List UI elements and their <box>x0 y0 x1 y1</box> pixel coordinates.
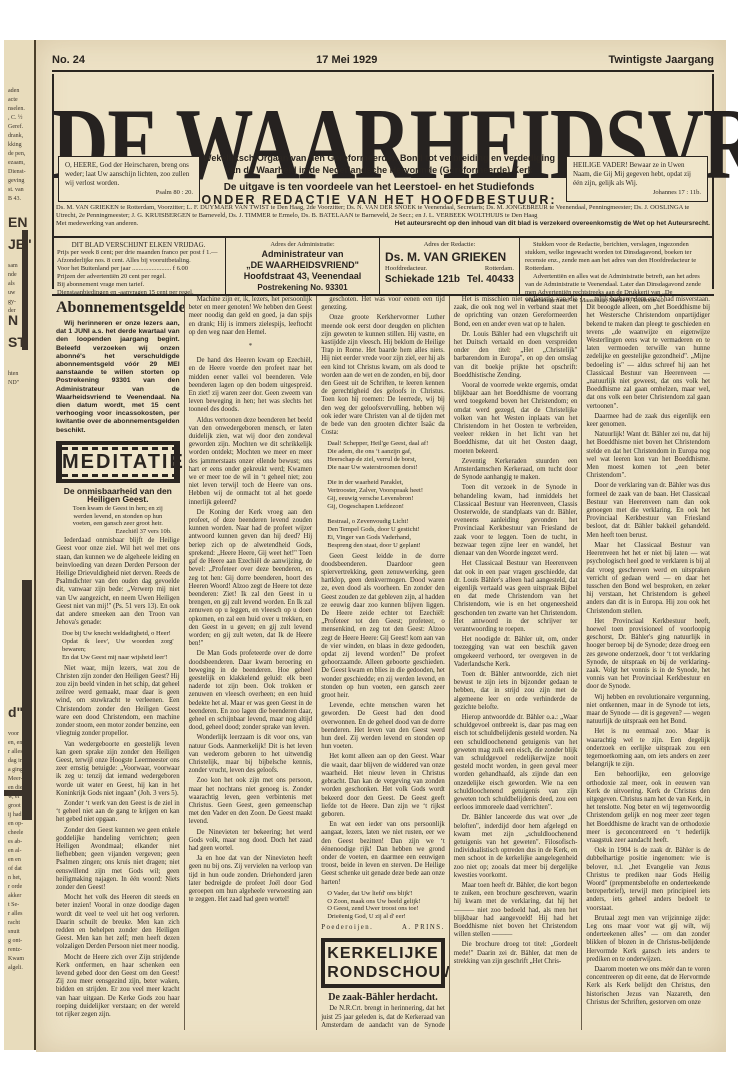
paragraph: Hierop antwoordde dr. Bähler o.a.: „Waar… <box>454 714 578 812</box>
previous-page-text: nde <box>8 272 17 279</box>
paragraph: De Koning der Kerk vroeg aan den profeet… <box>189 509 313 648</box>
paragraph: Wonderlijk leerzaam is dit voor ons, van… <box>189 734 313 775</box>
subscription-line: Afzonderlijke nos. 8 cent. Alles bij voo… <box>57 257 220 265</box>
poem: Doe bij Uw knecht weldadigheid, o Heer! … <box>62 630 174 661</box>
previous-page-text: g ont- <box>8 938 22 945</box>
poem-line: Daal! Schepper, Heil'ge Geest, daal af! <box>327 440 439 448</box>
column-2: Machine zijn er, ik, lezers, het persoon… <box>185 296 318 1030</box>
poem-line: Ei, Vinger van Gods Vaderhand, <box>327 534 439 542</box>
address-label: Adres der Administratie: <box>231 241 374 249</box>
paragraph: De hand des Heeren kwam op Ezechiël, en … <box>189 357 313 414</box>
kerkelijke-rondschouw-banner: KERKELIJKE RONDSCHOUW <box>321 938 445 988</box>
column-4: Het is misschien niet ondienstig van die… <box>450 296 583 1030</box>
previous-page-text: acte <box>8 97 18 104</box>
paragraph: Het is misschien niet ondienstig van die… <box>454 296 578 329</box>
article-columns: Abonnementsgelden. Wij herinneren er onz… <box>52 296 714 1030</box>
paragraph: De Ninevieten ter bekeering; het werd Go… <box>189 829 313 854</box>
paragraph: Wij hebben en revolutionaire vergunning,… <box>586 694 710 727</box>
poem-line: O Vader, dat Uw liefd' ons blijk'! <box>327 890 439 898</box>
editor-role: Hoofdredacteur. <box>385 265 427 273</box>
poem-line: Den Tempel Gods, door U gesticht! <box>327 526 439 534</box>
previous-page-text: en, en <box>8 740 22 747</box>
paragraph: Maar toen heeft dr. Bähler, die kort beg… <box>454 882 578 939</box>
paragraph: Vooral de voorrede wekte ergernis, omdat… <box>454 382 578 456</box>
paragraph: De Man Gods profeteerde over de dorre do… <box>189 650 313 732</box>
previous-page-text: geving <box>8 178 24 185</box>
previous-page-text: n het, <box>8 875 21 882</box>
banner-line: RONDSCHOUW <box>327 963 439 982</box>
paragraph: Het Provinciaal Kerkbestuur heeft, hoewe… <box>586 618 710 692</box>
poem-line: Bespreng den staat, door U geplant! <box>327 542 439 550</box>
poem-line: Bestraal, o Zevenvoudig Licht! <box>327 518 439 526</box>
address-label: Adres der Redactie: <box>385 241 514 249</box>
poem-line: Gij, Oogeschapen Liefdezon! <box>327 503 439 511</box>
previous-page-text: EN <box>8 219 27 226</box>
paragraph: Mocht de Heere zich over Zijn strijdende… <box>56 954 180 1020</box>
paragraph: Die brochure droeg tot titel: „Gordeelt … <box>454 941 578 966</box>
article-title: De onmisbaarheid van den Heiligen Geest. <box>56 487 180 503</box>
poem-line <box>327 511 439 519</box>
poem: Daal! Schepper, Heil'ge Geest, daal af!D… <box>327 440 439 549</box>
paragraph: Zonder den Geest kunnen we geen enkele g… <box>56 827 180 893</box>
paragraph: Toen dit verzoek in de Synode in behande… <box>454 484 578 558</box>
previous-page-text: drank, <box>8 133 23 140</box>
poem-line: Die adem, die ons ‘t aanzijn gaf, <box>327 448 439 456</box>
previous-page-text: uw <box>8 290 15 297</box>
paragraph: Een behoorlijke, een geloovige orthodoxi… <box>586 771 710 845</box>
previous-page-text: hten <box>8 371 18 378</box>
info-bar: DIT BLAD VERSCHIJNT ELKEN VRIJDAG. Prijs… <box>52 236 714 296</box>
editorial-board: Ds. M. VAN GRIEKEN te Rotterdam, Voorzit… <box>56 204 710 228</box>
poem-line: Doe bij Uw knecht weldadigheid, o Heer! <box>62 630 174 638</box>
meditatie-banner: MEDITATIE <box>56 441 180 483</box>
previous-page-text: racht <box>8 920 20 927</box>
paragraph: Geen Geest leidde in de dorre doodsbeend… <box>321 553 445 701</box>
poem-line: Opdat ik leev', Uw woorden zorg' bewaren… <box>62 638 174 654</box>
paragraph: Dr. Louis Bähler had een vlugschrift uit… <box>454 331 578 380</box>
previous-page-edge: adenactenselen., C. ½Geref.drank,kkingde… <box>4 40 36 1050</box>
paragraph: Niet waar, mijn lezers, wat zou de Chris… <box>56 665 180 739</box>
previous-page-text: es ab- <box>8 839 22 846</box>
epigraph: Toen kwam de Geest in hen; en zij werden… <box>64 505 172 535</box>
subscription-line: Prijzen der advertentiën 20 cent per reg… <box>57 273 220 281</box>
subtitle-block: Wekelijksch Orgaan van den Gereformeerde… <box>196 152 562 206</box>
issue-date: 17 Mei 1929 <box>316 54 377 66</box>
decorative-bar <box>22 230 28 350</box>
paragraph: Van wedergeboorte en geestelijk leven ka… <box>56 741 180 798</box>
previous-page-text: r alles <box>8 911 23 918</box>
previous-page-text: gy- <box>8 299 16 306</box>
editorial-address: Adres der Redactie: Ds. M. VAN GRIEKEN H… <box>380 238 520 294</box>
paragraph: Dr. Bähler lanceerde dus wat over „de be… <box>454 814 578 880</box>
previous-page-text: r alles <box>8 749 23 756</box>
paragraph: Zeventig Kerkeraden stuurden een Amsterd… <box>454 458 578 483</box>
quote-box-left: O, HEERE, God der Heirscharen, breng ons… <box>58 156 200 202</box>
subscription-heading: DIT BLAD VERSCHIJNT ELKEN VRIJDAG. <box>57 241 220 249</box>
previous-page-text: kking <box>8 142 22 149</box>
epigraph-source: Ezechiël 37 vers 10b. <box>64 528 172 536</box>
poem-line: Gij, eeuwig versche Levensbron! <box>327 495 439 503</box>
poem-line: O Zoon, maak ons Uw beeld gelijk! <box>327 898 439 906</box>
previous-page-text: voor <box>8 731 19 738</box>
newspaper-page: No. 24 17 Mei 1929 Twintigste Jaargang D… <box>36 40 726 1052</box>
administration-address: Adres der Administratie: Administrateur … <box>226 238 380 294</box>
subscription-line: Bij abonnement vrage men tarief. <box>57 281 220 289</box>
previous-page-text: cheele <box>8 830 23 837</box>
paragraph: Toen dr. Bähler antwoordde, zich niet be… <box>454 671 578 712</box>
paragraph: Machine zijn er, ik, lezers, het persoon… <box>189 296 313 337</box>
quote-source: Psalm 80 : 20. <box>65 188 193 197</box>
submission-notes: Stukken voor de Redactie, berichten, ver… <box>520 238 714 294</box>
previous-page-text: snuit <box>8 929 20 936</box>
volume: Twintigste Jaargang <box>608 54 714 66</box>
previous-page-text: Dienst- <box>8 169 26 176</box>
paragraph: Daarom moeten we ons méér dan te voren c… <box>586 966 710 1007</box>
previous-page-text: rentz- <box>8 947 22 954</box>
paragraph: Het is nu eenmaal zoo. Maar is waarachti… <box>586 728 710 769</box>
previous-page-text: dag in <box>8 758 23 765</box>
section-divider: * <box>189 343 313 351</box>
poem-line: Vertrooster, Zalver, Voorspraak heet! <box>327 487 439 495</box>
previous-page-text: ezaam, <box>8 160 25 167</box>
paragraph: Het Classicaal Bestuur van Heerenveen da… <box>454 560 578 634</box>
column-1: Abonnementsgelden. Wij herinneren er onz… <box>52 296 185 1030</box>
quote-text: O, HEERE, God der Heirscharen, breng ons… <box>65 161 193 188</box>
subscription-line: Voor het Buitenland per jaar ...........… <box>57 265 220 273</box>
board-members: Ds. M. VAN GRIEKEN te Rotterdam, Voorzit… <box>56 204 710 220</box>
previous-page-text: r orde <box>8 884 22 891</box>
previous-page-text: sam <box>8 263 18 270</box>
postal-account: Postrekening No. 93301 <box>231 282 374 293</box>
previous-page-text: akker <box>8 893 21 900</box>
previous-page-text: Geref. <box>8 124 23 131</box>
address-line: „DE WAARHEIDSVRIEND" <box>231 260 374 271</box>
previous-page-text: en al- <box>8 848 22 855</box>
paragraph: geschoten. Het was voor eenen een tijd g… <box>321 296 445 312</box>
column-3: geschoten. Het was voor eenen een tijd g… <box>317 296 450 1030</box>
quote-text: HEILIGE VADER! Bewaar ze in Uwen Naam, d… <box>573 161 701 188</box>
previous-page-text: ND" <box>8 380 19 387</box>
previous-page-text: Meer- <box>8 776 23 783</box>
paragraph: Door de verklaring van dr. Bähler was du… <box>586 482 710 539</box>
paragraph: Aldus vertoonen deze beenderen het beeld… <box>189 417 313 507</box>
header-line: No. 24 17 Mei 1929 Twintigste Jaargang <box>52 54 714 66</box>
note: Stukken voor de Redactie, berichten, ver… <box>525 241 709 273</box>
signature: Poederoijen. A. PRINS. <box>321 924 445 932</box>
poem-line <box>327 472 439 480</box>
paragraph: Daarmee had de zaak dus eigenlijk een ke… <box>586 413 710 429</box>
paragraph: Zonder ‘t werk van den Geest is de ziel … <box>56 800 180 825</box>
editor-city: Rotterdam. <box>485 265 514 273</box>
editor-name: Ds. M. VAN GRIEKEN <box>385 249 514 265</box>
paragraph: Het noodigde dr. Bähler uit, om, onder t… <box>454 636 578 669</box>
previous-page-text: algeli. <box>8 965 23 972</box>
previous-page-text: of dat <box>8 866 22 873</box>
poem-line: O Geest, zend Uwer troost ons toe! <box>327 905 439 913</box>
previous-page-text: B 43. <box>8 196 21 203</box>
editor-street: Schiekade 121b <box>385 273 460 287</box>
copyright-notice: Het auteursrecht op den inhoud van dit b… <box>395 220 710 228</box>
previous-page-text: groot <box>8 803 21 810</box>
previous-page-text: en en <box>8 857 21 864</box>
previous-page-text: t Se- <box>8 902 19 909</box>
previous-page-text: ij had <box>8 812 22 819</box>
paragraph: En wat een ieder van ons persoonlijk aan… <box>321 821 445 887</box>
paragraph: Levende, echte menschen waren het geword… <box>321 702 445 751</box>
quote-source: Johannes 17 : 11b. <box>573 188 701 197</box>
previous-page-text: en op- <box>8 821 23 828</box>
paragraph: telijk barbarendom enz." had misverstaan… <box>586 296 710 411</box>
article-text: Wij herinneren er onze lezers aan, dat 1… <box>56 320 180 435</box>
editor-phone: Tel. 40433 <box>467 273 514 287</box>
article-title: Abonnementsgelden. <box>56 298 180 318</box>
paragraph: Onze groote Kerkhervormer Luther meende … <box>321 314 445 437</box>
previous-page-text: d" <box>8 709 23 716</box>
previous-page-text: st. van <box>8 187 24 194</box>
decorative-bar <box>4 790 30 796</box>
poem-line: Die in der waarheid Paraklet, <box>327 479 439 487</box>
previous-page-text: N <box>8 317 18 324</box>
poem-line: Drieëenig God, U zij al d' eer! <box>327 913 439 921</box>
address-line: Administrateur van <box>231 249 374 260</box>
paragraph: Het komt alleen aan op den Geest. Waar d… <box>321 753 445 819</box>
subscription-line: Prijs per week 8 cent; per drie maanden … <box>57 249 220 257</box>
paragraph: Zoo kon het ook zijn met ons persoon, ma… <box>189 777 313 826</box>
previous-page-text: Kwam <box>8 956 24 963</box>
paragraph: Ja en hoe dat van der Ninevieten heeft g… <box>189 855 313 904</box>
subtitle-line: Wekelijksch Orgaan van den Gereformeerde… <box>196 152 562 164</box>
banner-line: KERKELIJKE <box>327 944 439 963</box>
board-cooperation: Met medewerking van anderen. <box>56 220 138 228</box>
paragraph: Ook in 1904 is de zaak dr. Bähler is de … <box>586 847 710 913</box>
paragraph: Maar het Classicaal Bestuur van Heerenve… <box>586 542 710 616</box>
quote-box-right: HEILIGE VADER! Bewaar ze in Uwen Naam, d… <box>566 156 708 202</box>
previous-page-text: , C. ½ <box>8 115 23 122</box>
paragraph: Iederdaad onmisbaar blijft de Heilige Ge… <box>56 537 180 627</box>
paragraph: Mocht het volk des Heeren dit steeds en … <box>56 894 180 951</box>
previous-page-text: de pen, <box>8 151 25 158</box>
previous-page-text: a ging <box>8 767 23 774</box>
previous-page-text: als <box>8 281 15 288</box>
article-title: De zaak-Bähler herdacht. <box>321 994 445 1002</box>
paragraph: Natuurlijk! Want dr. Bähler zei nu, dat … <box>586 431 710 480</box>
epigraph-text: Toen kwam de Geest in hen; en zij werden… <box>64 505 172 528</box>
header-rule <box>52 70 714 72</box>
paragraph: De N.R.Crt. brengt in herinnering, dat h… <box>321 1005 445 1030</box>
decorative-bar <box>22 580 32 820</box>
poem-line: Die naar Uw waterstroomen dorst! <box>327 464 439 472</box>
poem-line: Heerschap de ziel, verrul de borst, <box>327 456 439 464</box>
signature-place: Poederoijen. <box>321 924 373 932</box>
poem-line: En dat Uw Geest mij naar wijsheid leer'! <box>62 654 174 662</box>
column-5: telijk barbarendom enz." had misverstaan… <box>582 296 714 1030</box>
subscription-info: DIT BLAD VERSCHIJNT ELKEN VRIJDAG. Prijs… <box>52 238 226 294</box>
previous-page-text: nselen. <box>8 106 25 113</box>
previous-page-text: aden <box>8 88 19 95</box>
subtitle-line: van de Waarheid in de Nederlandsche Herv… <box>196 164 562 176</box>
previous-page-text: JE" <box>8 241 32 248</box>
signature-author: A. PRINS. <box>402 924 445 932</box>
issue-number: No. 24 <box>52 54 85 66</box>
address-line: Hoofdstraat 43, Veenendaal <box>231 271 374 282</box>
paragraph: Brutaal zegt men van vrijzinnige zijde: … <box>586 915 710 964</box>
poem: O Vader, dat Uw liefd' ons blijk'!O Zoon… <box>327 890 439 921</box>
